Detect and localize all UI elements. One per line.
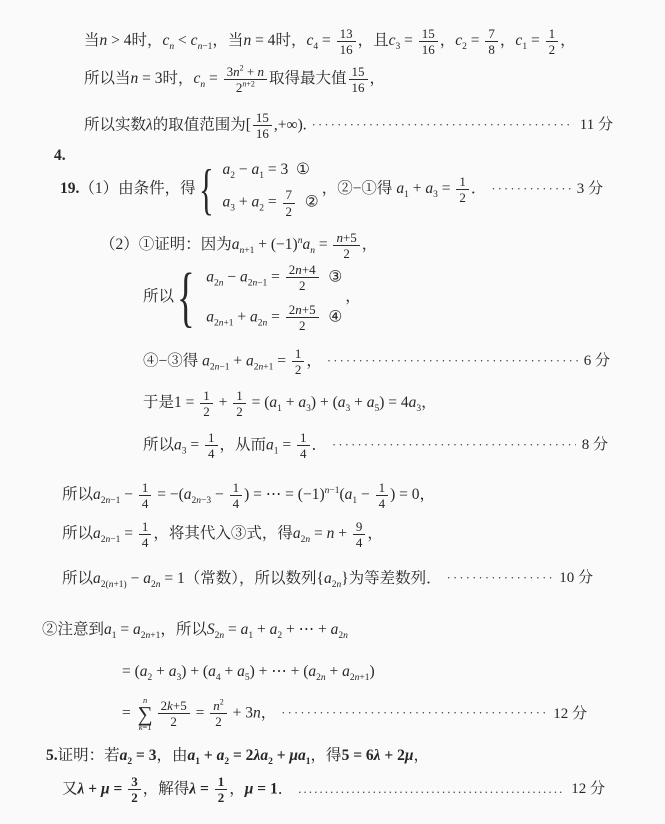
subscript: 2n (332, 580, 342, 590)
text-run: ④−③得 (143, 352, 202, 369)
fraction: 12 (456, 174, 469, 206)
denominator: 8 (485, 42, 498, 57)
text-run: ，从而 (220, 436, 267, 453)
math-run: 1 = (174, 394, 198, 411)
left-brace: { (177, 264, 195, 331)
math-run: [ (246, 116, 251, 133)
cases-rows: a2n − a2n−1 = 2n+42 ③a2n+1 + a2n = 2n+52… (206, 262, 342, 333)
line-lambda-mu-solution: 又λ + μ = 32，解得λ = 12，μ = 1．.............… (62, 774, 605, 806)
text-run: （2）①证明：因为 (100, 236, 232, 253)
text-run: ，由 (156, 747, 187, 764)
math-run: n = 4 (243, 32, 275, 49)
numerator: 1 (139, 480, 152, 496)
numerator: 7 (485, 26, 498, 42)
math-run: + a (350, 394, 374, 411)
math-run: + a (409, 180, 433, 197)
math-run: λ + μ = (78, 780, 127, 797)
math-run: = (205, 70, 222, 87)
math-run: = (527, 32, 544, 49)
cases-row: a2n+1 + a2n = 2n+52 ④ (206, 302, 342, 334)
math-run: + a (235, 194, 259, 211)
text-run: 所以实数 (84, 116, 146, 133)
math-run: ) = 4a (379, 394, 416, 411)
dotted-leader: ········································… (332, 438, 576, 454)
math-run: ) (370, 663, 375, 680)
score-marker: 12 分 (571, 780, 605, 799)
line-content: = (a2 + a3) + (a4 + a5) + ⋯ + (a2n + a2n… (122, 663, 375, 680)
line-a3-a1-quarter: 所以a3 = 14，从而a1 = 14．····················… (143, 430, 608, 462)
math-run: ) = ⋯ = (−1) (244, 486, 324, 503)
math-run: = (279, 436, 296, 453)
math-run: − (120, 486, 137, 503)
denominator: 4 (205, 446, 218, 461)
text-run: ， (420, 486, 436, 503)
denominator: 4 (139, 496, 152, 511)
text-run: 所以 (143, 288, 174, 305)
math-run: a (93, 570, 101, 587)
fraction: 14 (139, 519, 152, 551)
fraction: 1316 (337, 26, 356, 58)
text-run: ，解得 (143, 780, 190, 797)
fraction: 12 (200, 388, 213, 420)
text-run: （1）由条件，得 (79, 180, 195, 197)
numerator: 15 (419, 26, 438, 42)
math-run: = a (224, 621, 248, 638)
math-run: + n (244, 64, 264, 79)
line-content: 当n > 4时，cn < cn−1，当n = 4时，c4 = 1316，且c3 … (84, 32, 576, 49)
line-content: 所以a2(n+1) − a2n = 1（常数），所以数列{a2n}为等差数列． (62, 569, 442, 588)
numerator: 13 (337, 26, 356, 42)
text-run: 所以 (62, 525, 93, 542)
fraction: 78 (485, 26, 498, 58)
math-run: 5 = 6λ + 2μ (342, 747, 414, 764)
text-run: ． (312, 436, 328, 453)
line-subtract-43: ④−③得 a2n−1 + a2n+1 = 12，················… (143, 346, 610, 378)
fraction: 12 (546, 26, 559, 58)
math-run: = (267, 308, 284, 325)
math-run: + μa (273, 747, 306, 764)
numerator: 1 (297, 430, 310, 446)
math-run: a (104, 621, 112, 638)
math-run: a (266, 436, 274, 453)
fraction: 94 (353, 519, 366, 551)
math-run: 3n (227, 64, 240, 79)
math-run: − (357, 486, 374, 503)
numerator: 1 (205, 430, 218, 446)
text-run: ， (440, 32, 456, 49)
math-run: (a (339, 486, 352, 503)
line-5-proof: 5.证明：若a2 = 3，由a1 + a2 = 2λa2 + μa1，得5 = … (46, 746, 429, 765)
math-run: λ = (189, 780, 212, 797)
line-content: ④−③得 a2n−1 + a2n+1 = 12， (143, 346, 322, 378)
math-run: S (207, 621, 215, 638)
math-run: + a (229, 352, 253, 369)
text-run: 时， (132, 32, 163, 49)
line-19-part1: 19.（1）由条件，得{a2 − a1 = 3 ①a3 + a2 = 72 ②，… (60, 160, 603, 219)
text-run: （常数），所以数列 (185, 570, 317, 587)
text-run: ，且 (358, 32, 389, 49)
text-run: ②注意到 (42, 621, 104, 638)
fraction: n+52 (333, 230, 359, 262)
math-run: {a (316, 570, 331, 587)
line-cn-comparison: 当n > 4时，cn < cn−1，当n = 4时，c4 = 1316，且c3 … (84, 26, 576, 58)
text-run: 为等差数列． (349, 570, 442, 587)
line-sum-pairing: = (a2 + a3) + (a4 + a5) + ⋯ + (a2n + a2n… (122, 662, 375, 681)
line-content: 所以{a2n − a2n−1 = 2n+42 ③a2n+1 + a2n = 2n… (143, 288, 361, 305)
math-run: + (215, 394, 232, 411)
numerator: 1 (200, 388, 213, 404)
math-run: + a (253, 621, 277, 638)
fraction: 12 (292, 346, 305, 378)
math-run: n = 3 (131, 70, 163, 87)
math-run: = (120, 525, 137, 542)
math-run: = 2λa (229, 747, 268, 764)
math-run: + 3n (229, 705, 261, 722)
sigma-icon: ∑ (138, 705, 153, 724)
line-arithmetic-sequence: 所以a2(n+1) − a2n = 1（常数），所以数列{a2n}为等差数列．·… (62, 569, 593, 588)
text-run: 所以 (143, 436, 174, 453)
line-content: （2）①证明：因为an+1 + (−1)nan = n+52， (100, 236, 377, 253)
math-run: = (a (122, 663, 148, 680)
fraction: 12 (215, 774, 228, 806)
math-run: ) + (a (311, 394, 346, 411)
superscript: n+2 (242, 80, 255, 89)
text-run: ② (297, 194, 319, 211)
score-marker: 12 分 (553, 705, 587, 724)
math-solution-document: 当n > 4时，cn < cn−1，当n = 4时，c4 = 1316，且c3 … (0, 0, 665, 824)
denominator: 2 (128, 790, 141, 805)
line-content: 19.（1）由条件，得{a2 − a1 = 3 ①a3 + a2 = 72 ②，… (60, 160, 486, 219)
math-run: − (211, 486, 228, 503)
numerator: 2k+5 (158, 698, 190, 714)
fraction: 2n+52 (286, 302, 319, 334)
line-content: 又λ + μ = 32，解得λ = 12，μ = 1． (62, 774, 293, 806)
subscript: 2n−1 (101, 535, 121, 545)
math-run: + (−1) (254, 236, 297, 253)
subscript: 2n (258, 318, 268, 328)
math-run: a (93, 525, 101, 542)
fraction: 2n+42 (286, 262, 319, 294)
subscript: n+1 (240, 246, 255, 256)
dotted-leader: ········································… (281, 706, 547, 722)
line-content: 于是1 = 12 + 12 = (a1 + a3) + (a3 + a5) = … (143, 394, 437, 411)
denominator: 2 (212, 714, 225, 729)
fraction: 1516 (253, 110, 272, 142)
math-run: a (232, 236, 240, 253)
math-run: μ = 1 (245, 780, 278, 797)
denominator: 2 (167, 714, 180, 729)
cases-brace-group: {a2 − a1 = 3 ①a3 + a2 = 72 ② (199, 160, 319, 219)
math-run: ,+∞). (274, 116, 307, 133)
denominator: 4 (353, 535, 366, 550)
denominator: 16 (337, 42, 356, 57)
fraction: 2k+52 (158, 698, 190, 730)
math-run: = (318, 32, 335, 49)
subscript: n−1 (198, 42, 213, 52)
superscript: n−1 (325, 486, 340, 496)
denominator: 16 (349, 80, 368, 95)
math-run: a (174, 436, 182, 453)
denominator: 2 (233, 404, 246, 419)
text-run: 证明：若 (58, 747, 120, 764)
line-part2-note: ②注意到a1 = a2n+1，所以S2n = a1 + a2 + ⋯ + a2n (42, 620, 348, 639)
line-content: 所以当n = 3时，cn = 3n2 + n2n+2取得最大值1516， (84, 70, 385, 87)
numerator: 15 (253, 110, 272, 126)
math-run: + a (282, 394, 306, 411)
math-run: ) = 0 (390, 486, 419, 503)
line-content: 所以a2n−1 − 14 = −(a2n−3 − 14) = ⋯ = (−1)n… (62, 486, 435, 503)
math-run: − a (127, 570, 151, 587)
numerator: n+5 (333, 230, 359, 246)
math-run: = (400, 32, 417, 49)
denominator: 2 (340, 246, 353, 261)
fraction: n22 (210, 698, 227, 730)
math-run: ) + (a (181, 663, 216, 680)
fraction: 14 (230, 480, 243, 512)
fraction: 1516 (349, 64, 368, 96)
text-run: ， (306, 352, 322, 369)
summation-symbol: n∑k=1 (138, 696, 153, 732)
dotted-leader: ········································… (312, 118, 574, 134)
math-run: c (389, 32, 396, 49)
numerator: n2 (210, 698, 227, 714)
subscript: 2n (215, 631, 225, 641)
text-run: ， (229, 780, 245, 797)
math-run: + a (152, 663, 176, 680)
text-run: 取得最大值 (269, 70, 347, 87)
subscript: 2n (338, 631, 348, 641)
numerator: 15 (349, 64, 368, 80)
text-run: 所以 (62, 486, 93, 503)
subscript: 2n+1 (141, 631, 161, 641)
text-run: 时， (275, 32, 306, 49)
math-run: − a (235, 161, 259, 178)
subscript: 2n−1 (101, 496, 121, 506)
denominator: 16 (253, 126, 272, 141)
numerator: 2n+5 (286, 302, 319, 318)
text-run: 时， (163, 70, 194, 87)
math-run: = (187, 436, 204, 453)
denominator: 16 (419, 42, 438, 57)
text-run: 又 (62, 780, 78, 797)
subscript: 2(n+1) (101, 580, 127, 590)
dotted-leader: ········································… (327, 354, 578, 370)
score-marker: 3 分 (577, 180, 603, 199)
denominator: 4 (139, 535, 152, 550)
math-run: = 1 (160, 570, 184, 587)
text-run: ，②−①得 (322, 180, 397, 197)
math-run: = (192, 705, 209, 722)
denominator: 4 (376, 496, 389, 511)
cases-row: a3 + a2 = 72 ② (223, 187, 319, 219)
line-lambda-range: 所以实数λ的取值范围为[1516,+∞).···················… (84, 110, 613, 142)
cases-row: a2n − a2n−1 = 2n+42 ③ (206, 262, 342, 294)
numerator: 1 (215, 774, 228, 790)
text-run: ④ (321, 308, 343, 325)
line-cn-maximum: 所以当n = 3时，cn = 3n2 + n2n+2取得最大值1516， (84, 64, 385, 96)
subscript: 2n (214, 278, 224, 288)
line-content: ②注意到a1 = a2n+1，所以S2n = a1 + a2 + ⋯ + a2n (42, 621, 348, 638)
text-run: ， (414, 747, 430, 764)
math-run: a (206, 308, 214, 325)
math-run: = (438, 180, 455, 197)
math-run: + a (200, 747, 224, 764)
text-run: ，将其代入③式，得 (153, 525, 293, 542)
text-run: ， (362, 236, 378, 253)
text-run: ． (471, 180, 487, 197)
score-marker: 8 分 (582, 436, 608, 455)
line-content: 所以a2n−1 = 14，将其代入③式，得a2n = n + 94， (62, 525, 383, 542)
math-run: } (341, 570, 348, 587)
text-run: 19. (60, 180, 79, 197)
math-run: = 3 (264, 161, 288, 178)
denominator: 4 (297, 446, 310, 461)
line-content: 5.证明：若a2 = 3，由a1 + a2 = 2λa2 + μa1，得5 = … (46, 747, 429, 764)
math-run: a (93, 486, 101, 503)
math-run: = (467, 32, 484, 49)
text-run: 于是 (143, 394, 174, 411)
math-run: = n + (310, 525, 351, 542)
subscript: 2n+1 (254, 362, 274, 372)
text-run: 5. (46, 747, 58, 764)
cases-rows: a2 − a1 = 3 ①a3 + a2 = 72 ② (223, 160, 319, 219)
math-run: ) + ⋯ + (a (250, 663, 317, 680)
text-run: ， (367, 525, 383, 542)
text-run: ，得 (311, 747, 342, 764)
fraction: 14 (297, 430, 310, 462)
math-run: λ (146, 116, 153, 133)
line-content: 所以实数λ的取值范围为[1516,+∞). (84, 110, 307, 142)
denominator: 2n+2 (233, 80, 258, 95)
text-run: 所以当 (84, 70, 131, 87)
text-run: ， (370, 70, 386, 87)
numerator: 3n2 + n (224, 64, 267, 80)
cases-brace-group: {a2n − a2n−1 = 2n+42 ③a2n+1 + a2n = 2n+5… (177, 262, 342, 333)
subscript: 2n−1 (248, 278, 268, 288)
text-run: ① (288, 161, 310, 178)
score-marker: 11 分 (580, 116, 613, 135)
text-run: ， (560, 32, 576, 49)
text-run: ③ (321, 268, 343, 285)
denominator: 4 (230, 496, 243, 511)
fraction: 14 (139, 480, 152, 512)
cases-row: a2 − a1 = 3 ① (223, 160, 310, 179)
numerator: 1 (292, 346, 305, 362)
numerator: 1 (456, 174, 469, 190)
math-run: + a (234, 308, 258, 325)
math-run: a (396, 180, 404, 197)
left-brace: { (199, 162, 214, 218)
denominator: 2 (546, 42, 559, 57)
text-run: ． (278, 780, 294, 797)
denominator: 2 (200, 404, 213, 419)
text-run: ， (261, 705, 277, 722)
fraction: 14 (205, 430, 218, 462)
fraction: 1516 (419, 26, 438, 58)
dotted-leader: ········································… (447, 571, 554, 587)
denominator: 2 (292, 362, 305, 377)
denominator: 2 (456, 190, 469, 205)
numerator: 7 (283, 187, 296, 203)
line-alternating-zero: 所以a2n−1 − 14 = −(a2n−3 − 14) = ⋯ = (−1)n… (62, 480, 435, 512)
math-run: = (273, 352, 290, 369)
fraction: 32 (128, 774, 141, 806)
math-run: = (315, 236, 332, 253)
numerator: 3 (128, 774, 141, 790)
subscript: 2n+1 (350, 673, 370, 683)
line-part2-proof-start: （2）①证明：因为an+1 + (−1)nan = n+52， (100, 230, 377, 262)
subscript: 2n (301, 535, 311, 545)
math-run: = (122, 705, 135, 722)
score-marker: 10 分 (559, 569, 593, 588)
denominator: 2 (215, 790, 228, 805)
numerator: 1 (233, 388, 246, 404)
math-run: = (a (248, 394, 277, 411)
line-content: 所以a3 = 14，从而a1 = 14． (143, 430, 327, 462)
math-run: = (264, 194, 281, 211)
math-run: + ⋯ + a (282, 621, 338, 638)
text-run: ， (345, 288, 361, 305)
math-run: − a (223, 268, 247, 285)
numerator: 1 (139, 519, 152, 535)
math-run: a (293, 525, 301, 542)
subscript: 2n (316, 673, 326, 683)
text-run: 当 (84, 32, 100, 49)
line-system-34: 所以{a2n − a2n−1 = 2n+42 ③a2n+1 + a2n = 2n… (143, 262, 361, 333)
math-run: = (267, 268, 284, 285)
math-run: a (202, 352, 210, 369)
superscript: 2 (220, 698, 224, 707)
math-run: a (206, 268, 214, 285)
math-run: < c (174, 32, 197, 49)
math-run: = 3 (132, 747, 156, 764)
fraction: 14 (376, 480, 389, 512)
text-run: 的取值范围为 (153, 116, 246, 133)
text-run: ， (421, 394, 437, 411)
line-sum-result: = n∑k=12k+52 = n22 + 3n，················… (122, 696, 587, 732)
line-substitute-eq3: 所以a2n−1 = 14，将其代入③式，得a2n = n + 94， (62, 519, 383, 551)
fraction: 72 (283, 187, 296, 219)
text-run: ，当 (212, 32, 243, 49)
fraction: 3n2 + n2n+2 (224, 64, 267, 96)
denominator: 2 (296, 278, 309, 293)
math-run: n > 4 (100, 32, 132, 49)
numerator: 1 (546, 26, 559, 42)
dotted-leader: ········································… (491, 182, 570, 198)
denominator: 2 (296, 318, 309, 333)
numerator: 1 (376, 480, 389, 496)
numerator: 9 (353, 519, 366, 535)
math-run: + a (326, 663, 350, 680)
subscript: 2n+1 (214, 318, 234, 328)
math-run: = a (117, 621, 141, 638)
fraction: 12 (233, 388, 246, 420)
math-run: + a (221, 663, 245, 680)
denominator: 2 (283, 204, 296, 219)
numerator: 1 (230, 480, 243, 496)
subscript: 2n−3 (192, 496, 212, 506)
line-content: = n∑k=12k+52 = n22 + 3n， (122, 696, 276, 732)
math-run: = −(a (153, 486, 191, 503)
numerator: 2n+4 (286, 262, 319, 278)
line-thus-4a3: 于是1 = 12 + 12 = (a1 + a3) + (a3 + a5) = … (143, 388, 437, 420)
text-run: 所以 (62, 570, 93, 587)
dotted-leader: ........................................… (298, 782, 565, 798)
score-marker: 6 分 (584, 352, 610, 371)
subscript: 2n−1 (210, 362, 230, 372)
text-run: ， (500, 32, 516, 49)
sum-lower-limit: k=1 (139, 723, 152, 732)
